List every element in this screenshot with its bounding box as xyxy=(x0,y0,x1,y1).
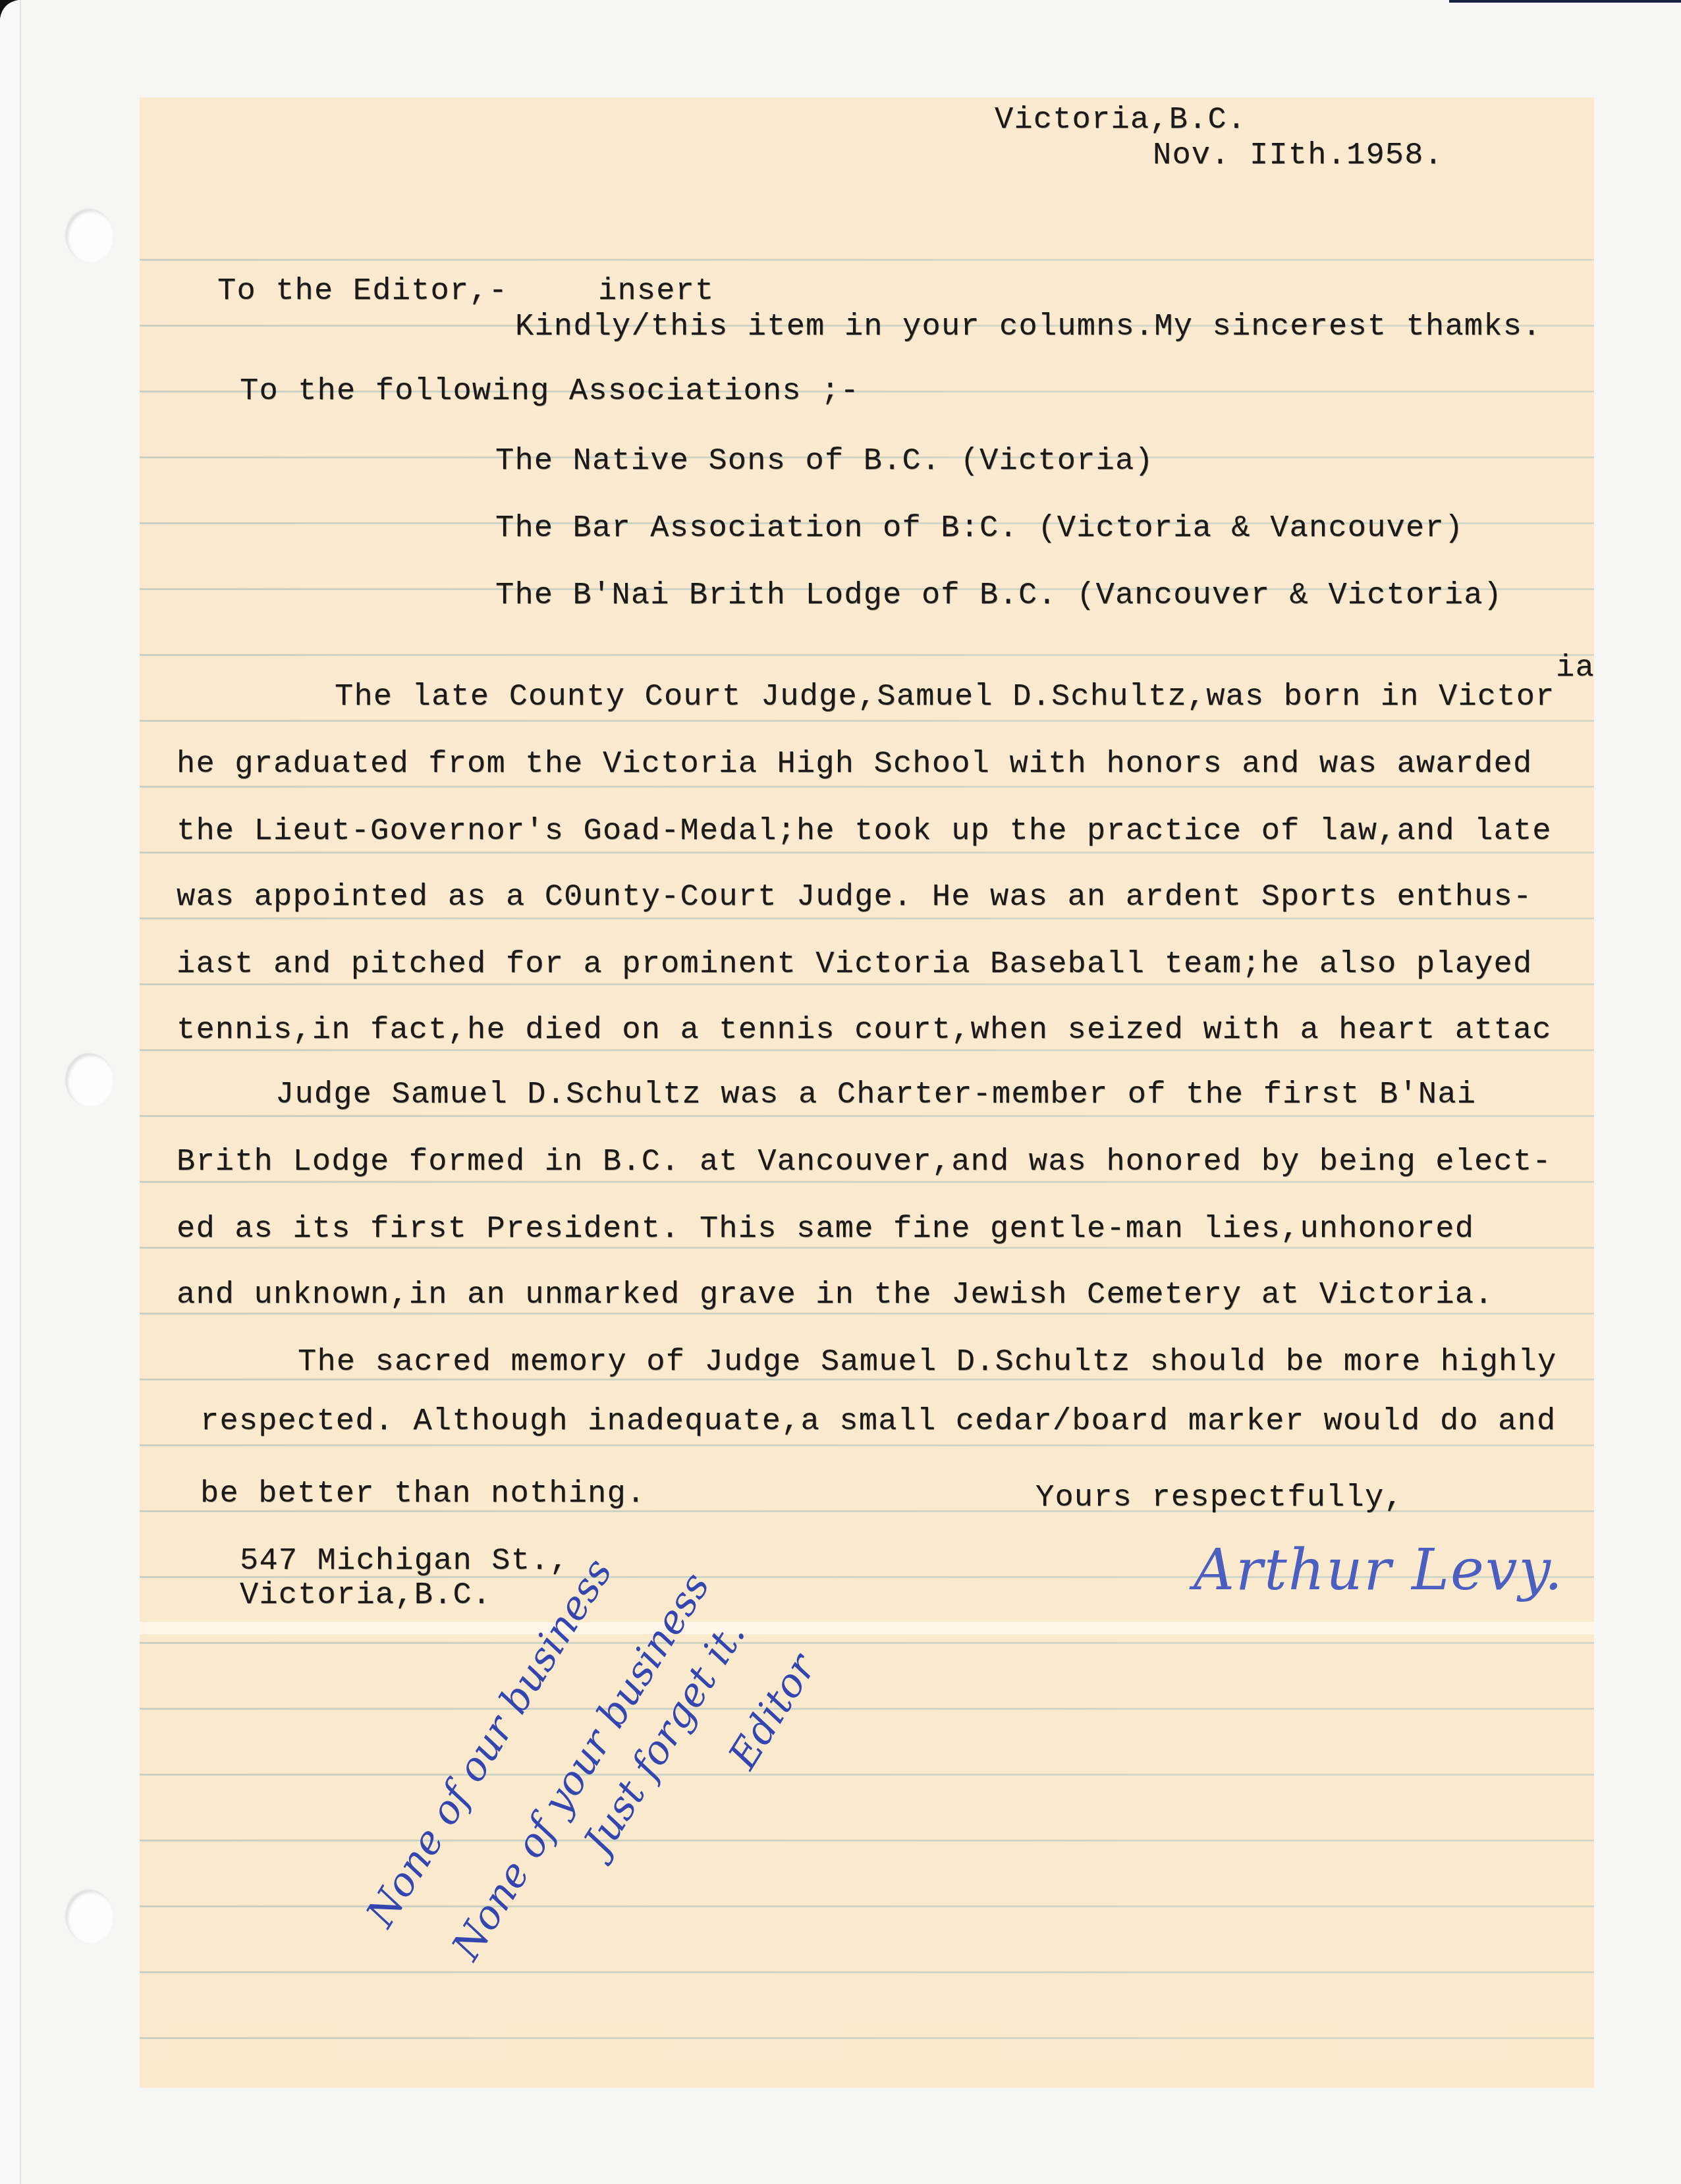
rule-line xyxy=(140,1905,1594,1907)
rule-line xyxy=(140,1774,1594,1776)
association-item: The Native Sons of B.C. (Victoria) xyxy=(495,444,1154,479)
rule-line xyxy=(140,654,1594,656)
association-item: The Bar Association of B:C. (Victoria & … xyxy=(495,511,1464,546)
rule-line xyxy=(140,1708,1594,1710)
body-line: The late County Court Judge,Samuel D.Sch… xyxy=(335,680,1555,715)
body-line: The sacred memory of Judge Samuel D.Schu… xyxy=(298,1345,1557,1380)
body-line: ed as its first President. This same fin… xyxy=(177,1212,1474,1247)
letter-date: Nov. IIth.1958. xyxy=(1153,138,1443,173)
request-line: Kindly/this item in your columns.My sinc… xyxy=(515,310,1541,344)
letter-place: Victoria,B.C. xyxy=(995,103,1246,138)
binder-edge xyxy=(0,0,21,2184)
rule-line xyxy=(140,1313,1594,1315)
rule-line xyxy=(140,1115,1594,1117)
sender-address-city: Victoria,B.C. xyxy=(240,1578,491,1613)
rule-line xyxy=(140,786,1594,788)
rule-line xyxy=(140,1181,1594,1183)
overflow-fragment: ia xyxy=(1556,651,1595,686)
punch-hole-middle xyxy=(66,1054,113,1106)
rule-line xyxy=(140,1444,1594,1446)
punch-hole-bottom xyxy=(66,1890,113,1943)
rule-line xyxy=(140,259,1594,261)
body-line: the Lieut-Governor's Goad-Medal;he took … xyxy=(177,814,1552,849)
body-line: iast and pitched for a prominent Victori… xyxy=(177,947,1532,982)
punch-hole-top xyxy=(66,209,113,262)
signature: Arthur Levy. xyxy=(1194,1537,1564,1603)
rule-line xyxy=(140,917,1594,919)
rule-line xyxy=(140,983,1594,985)
rule-line xyxy=(140,720,1594,722)
rule-line xyxy=(140,1971,1594,1973)
rule-line xyxy=(140,1642,1594,1644)
body-line: be better than nothing. xyxy=(200,1477,646,1512)
body-line: he graduated from the Victoria High Scho… xyxy=(177,747,1532,782)
sender-address-street: 547 Michigan St., xyxy=(240,1544,569,1579)
insert-correction: insert xyxy=(598,274,714,309)
body-line: Judge Samuel D.Schultz was a Charter-mem… xyxy=(275,1078,1476,1112)
rule-line xyxy=(140,2037,1594,2039)
rule-line xyxy=(140,1840,1594,1842)
body-line: tennis,in fact,he died on a tennis court… xyxy=(177,1013,1552,1048)
rule-line xyxy=(140,1049,1594,1051)
salutation: To the Editor,- xyxy=(217,274,508,309)
paper-fold xyxy=(140,1622,1594,1634)
association-item: The B'Nai Brith Lodge of B.C. (Vancouver… xyxy=(495,578,1502,613)
closing: Yours respectfully, xyxy=(1035,1481,1404,1515)
rule-line xyxy=(140,852,1594,854)
letter-paper: Victoria,B.C. Nov. IIth.1958. To the Edi… xyxy=(140,97,1594,2088)
body-line: respected. Although inadequate,a small c… xyxy=(200,1404,1556,1439)
body-line: and unknown,in an unmarked grave in the … xyxy=(177,1278,1494,1313)
associations-intro: To the following Associations ;- xyxy=(240,374,860,409)
rule-line xyxy=(140,1247,1594,1249)
scan-top-edge xyxy=(1449,0,1681,3)
body-line: was appointed as a C0unty-Court Judge. H… xyxy=(177,880,1532,915)
body-line: Brith Lodge formed in B.C. at Vancouver,… xyxy=(177,1145,1552,1180)
